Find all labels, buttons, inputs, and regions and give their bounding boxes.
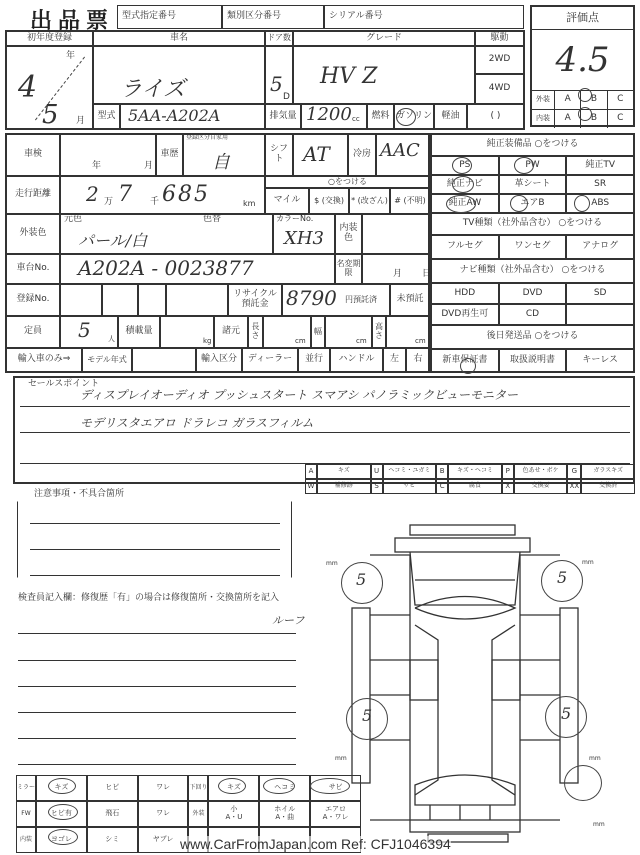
first-reg-label: 初年度登録	[6, 31, 93, 46]
fuel-gasoline-circle	[396, 108, 416, 126]
ac-label: 冷房	[348, 134, 376, 176]
grade-value: HV Z	[320, 64, 377, 89]
exterior-label: 外装	[532, 91, 555, 109]
drive-2wd: 2WD	[475, 46, 524, 74]
tv-oneseg[interactable]: ワンセグ	[499, 235, 567, 259]
tire-unit: mm	[589, 756, 601, 763]
orig-color-label: 元色	[64, 215, 82, 225]
damage-option[interactable]: 小A・U	[208, 801, 259, 827]
oem-aw-circle	[446, 195, 476, 213]
damage-legend: A キズ U ヘコミ・ユガミ B キズ・ヘコミ P 色あせ・ボケ G ガラスキズ…	[305, 464, 635, 494]
capacity-value: 5	[78, 318, 91, 342]
mirror-scratch-circle	[48, 778, 76, 794]
damage-option[interactable]: エアロA・ワレ	[310, 801, 361, 827]
car-name-value: ライズ	[120, 72, 185, 103]
legend-code: XX	[567, 479, 581, 494]
dims-label: 諸元	[214, 316, 248, 348]
legend-text: キズ	[317, 464, 371, 479]
mileage-man: 2	[86, 182, 99, 206]
abs-circle	[574, 195, 590, 212]
chassis-label: 車台No.	[6, 254, 60, 284]
ac-value: AAC	[380, 140, 420, 161]
first-reg-month: 5	[42, 100, 59, 130]
handle-left[interactable]: 左	[383, 348, 406, 372]
rule	[18, 738, 296, 739]
exterior-b-circle	[578, 88, 592, 102]
height-unit: cm	[415, 338, 426, 346]
tampered-option[interactable]: * (改ざん)	[349, 188, 390, 214]
legend-text: 交換済	[581, 479, 635, 494]
score-label: 評価点	[532, 7, 633, 30]
mileage-man-unit: 万	[104, 198, 113, 208]
row-label: FW	[16, 801, 36, 827]
legend-text: 腐食	[448, 479, 502, 494]
legend-text: 色あせ・ボケ	[514, 464, 568, 479]
parallel-option[interactable]: 並行	[298, 348, 330, 372]
circle-note: ○をつける	[265, 176, 430, 188]
mileage-sen-unit: 千	[150, 198, 159, 208]
grade-c: C	[608, 110, 633, 128]
warranty-circle	[460, 358, 476, 374]
interior-color-label: 内装色	[335, 214, 362, 254]
legend-text: サビ	[383, 479, 437, 494]
tire-unit: mm	[582, 560, 594, 567]
fuel-label: 燃料	[367, 104, 394, 129]
inspector-label: 検査員記入欄：修復歴「有」の場合は修復箇所・交換箇所を記入	[18, 594, 279, 604]
rule	[30, 549, 280, 550]
tire-unit: mm	[593, 822, 605, 829]
month-unit: 月	[76, 117, 85, 127]
damage-option[interactable]: シミ	[87, 827, 138, 853]
import-label: 輸入車のみ⇒	[6, 348, 82, 372]
exchanged-option[interactable]: $ (交換)	[309, 188, 349, 214]
inspector-note: ルーフ	[272, 612, 304, 628]
later-keyless[interactable]: キーレス	[566, 349, 634, 372]
legend-code: B	[436, 464, 448, 479]
mileage-rest: 685	[162, 182, 210, 207]
later-manual[interactable]: 取扱説明書	[499, 349, 567, 372]
legend-text: 交換要	[514, 479, 568, 494]
damage-option[interactable]: 飛石	[87, 801, 138, 827]
usage-sub: 登録区分自家用	[186, 135, 228, 142]
legend-code: X	[502, 479, 514, 494]
drive-4wd: 4WD	[475, 74, 524, 104]
dealer-option[interactable]: ディーラー	[242, 348, 298, 372]
usage-value: 自	[212, 148, 230, 174]
navi-dvd-playback[interactable]: DVD再生可	[431, 304, 499, 325]
tire-rear-right-value: 5	[561, 704, 571, 723]
name-change-label: 名変期限	[335, 254, 362, 284]
legend-code: U	[371, 464, 383, 479]
inspection-label: 車検	[6, 134, 60, 176]
drive-label: 駆動	[475, 31, 524, 46]
equip-sr[interactable]: SR	[566, 175, 634, 194]
tv-grid: フルセグ ワンセグ アナログ	[431, 235, 634, 259]
rule	[20, 432, 630, 433]
width-unit: cm	[356, 338, 367, 346]
capacity-unit: 人	[108, 336, 115, 344]
reg-no-cell-3	[138, 284, 166, 316]
navi-empty	[566, 304, 634, 325]
score-value: 4.5	[532, 30, 633, 90]
legend-code: A	[305, 464, 317, 479]
damage-option[interactable]: ホイルA・曲	[259, 801, 310, 827]
capacity-label: 定員	[6, 316, 60, 348]
grade-label: グレード	[293, 31, 475, 46]
inspection-month-unit: 月	[144, 162, 153, 172]
tire-front-right-value: 5	[557, 568, 567, 587]
chassis-value: A202A - 0023877	[78, 256, 254, 280]
damage-option[interactable]: ワレ	[138, 775, 189, 801]
mileage-label: 走行距離	[6, 176, 60, 214]
legend-code: S	[371, 479, 383, 494]
reg-no-cell-2	[102, 284, 138, 316]
load-label: 積載量	[118, 316, 160, 348]
color-label: 外装色	[6, 214, 60, 254]
row-label: 下回り	[188, 775, 208, 801]
navi-dvd[interactable]: DVD	[499, 283, 567, 304]
displacement-unit: cc	[352, 116, 360, 124]
fuel-diesel: 軽油	[434, 104, 467, 129]
ps-circle	[452, 157, 472, 174]
caution-bracket	[17, 501, 292, 578]
rule	[18, 660, 296, 661]
rule	[18, 764, 296, 765]
equip-airbag[interactable]: エアB	[499, 194, 567, 213]
under-dent-circle	[263, 778, 295, 794]
inspection-year-unit: 年	[92, 162, 101, 172]
color-change-label: 色替	[203, 215, 221, 225]
color-no-label: カラーNo.	[276, 215, 313, 224]
rule	[30, 523, 280, 524]
tire-rear-left-value: 5	[362, 706, 372, 725]
recycle-label: リサイクル預託金	[228, 284, 282, 316]
equip-leather-seat[interactable]: 革シート	[499, 175, 567, 194]
tire-unit: mm	[326, 561, 338, 568]
name-change-month: 月	[393, 270, 402, 280]
inspection-cell	[60, 134, 156, 176]
legend-code: P	[502, 464, 514, 479]
recycle-value: 8790	[286, 286, 337, 310]
rule	[30, 575, 280, 576]
displacement-label: 排気量	[265, 104, 301, 129]
handle-right[interactable]: 右	[406, 348, 430, 372]
serial-label: シリアル番号	[324, 5, 524, 29]
mileage-unit: km	[243, 200, 255, 209]
color-no-value: XH3	[284, 228, 324, 249]
reg-no-cell-1	[60, 284, 102, 316]
type-approval-label: 型式指定番号	[117, 5, 222, 29]
reg-no-cell-4	[166, 284, 228, 316]
interior-b-circle	[578, 107, 592, 121]
fw-crack-circle	[48, 804, 78, 820]
legend-text: 補修跡	[317, 479, 371, 494]
length-unit: cm	[295, 338, 306, 346]
model-year-label: モデル年式	[82, 348, 132, 372]
mileage-thousand: 7	[118, 182, 132, 207]
shift-value: AT	[303, 142, 330, 166]
tv-analog[interactable]: アナログ	[566, 235, 634, 259]
width-label: 幅	[311, 316, 325, 348]
legend-code: G	[567, 464, 581, 479]
damage-option[interactable]: ヒビ	[87, 775, 138, 801]
load-unit: kg	[203, 338, 212, 346]
equip-oem-tv[interactable]: 純正TV	[566, 156, 634, 175]
rule	[20, 406, 630, 407]
tire-front-left-value: 5	[356, 570, 366, 589]
spare-tire	[564, 765, 602, 801]
doors-value: 5	[270, 72, 283, 96]
row-label: 内装	[16, 827, 36, 853]
legend-code: C	[436, 479, 448, 494]
pw-circle	[514, 157, 534, 174]
mile-option[interactable]: マイル	[265, 188, 309, 214]
navi-grid: HDD DVD SD DVD再生可 CD	[431, 283, 634, 325]
handle-label: ハンドル	[330, 348, 383, 372]
model-label: 型式	[93, 104, 120, 129]
recycle-not: 未預託	[390, 284, 430, 316]
damage-option[interactable]: ワレ	[138, 801, 189, 827]
unknown-option[interactable]: # (不明)	[390, 188, 430, 214]
navi-hdd[interactable]: HDD	[431, 283, 499, 304]
doors-label: ドア数	[265, 31, 293, 46]
equipment-title: 純正装備品 ○をつける	[431, 134, 634, 156]
usage-label: 車歴	[156, 134, 183, 176]
legend-text: ヘコミ・ユガミ	[383, 464, 437, 479]
interior-label: 内装	[532, 110, 555, 128]
sales-points-line1: ディスプレイオーディオ プッシュスタート スマアシ パノラミックビューモニター	[80, 386, 518, 403]
model-value: 5AA-A202A	[128, 106, 220, 125]
navi-title: ナビ種類（社外品含む） ○をつける	[431, 259, 634, 283]
rule	[18, 712, 296, 713]
grade-c: C	[608, 91, 633, 109]
navi-sd[interactable]: SD	[566, 283, 634, 304]
rule	[18, 633, 296, 634]
legend-code: W	[305, 479, 317, 494]
airbag-circle	[510, 195, 528, 212]
fuel-other: ( )	[467, 104, 524, 129]
model-year-cell	[132, 348, 196, 372]
oem-navi-circle	[452, 176, 474, 193]
legend-text: キズ・ヘコミ	[448, 464, 502, 479]
tire-unit: mm	[335, 756, 347, 763]
car-name-label: 車名	[93, 31, 265, 46]
caution-label: 注意事項・不具合箇所	[34, 490, 124, 500]
later-title: 後日発送品 ○をつける	[431, 325, 634, 349]
under-scratch-circle	[218, 778, 246, 794]
tv-title: TV種類（社外品含む） ○をつける	[431, 213, 634, 235]
length-label: 長さ	[248, 316, 263, 348]
navi-cd[interactable]: CD	[499, 304, 567, 325]
sales-points-line2: モデリスタエアロ ドラレコ ガラスフィルム	[80, 414, 314, 431]
watermark: www.CarFromJapan.com Ref: CFJ1046394	[180, 836, 451, 852]
import-type-label: 輸入区分	[196, 348, 242, 372]
under-rust-circle	[310, 778, 350, 794]
reg-no-label: 登録No.	[6, 284, 60, 316]
class-label: 類別区分番号	[222, 5, 324, 29]
row-label: ミラー	[16, 775, 36, 801]
shift-label: シフト	[265, 134, 293, 176]
displacement-value: 1200	[306, 104, 352, 125]
doors-unit: D	[283, 93, 290, 103]
rule	[18, 686, 296, 687]
color-value: パール/白	[78, 228, 147, 251]
height-label: 高さ	[372, 316, 386, 348]
interior-color-cell	[362, 214, 430, 254]
interior-dirt-circle	[48, 829, 78, 845]
first-reg-year: 4	[18, 70, 37, 105]
recycle-deposited: 円預託済	[345, 296, 377, 305]
year-unit: 年	[66, 52, 75, 62]
legend-text: ガラスキズ	[581, 464, 635, 479]
row-label: 外装	[188, 801, 208, 827]
tv-fullseg[interactable]: フルセグ	[431, 235, 499, 259]
